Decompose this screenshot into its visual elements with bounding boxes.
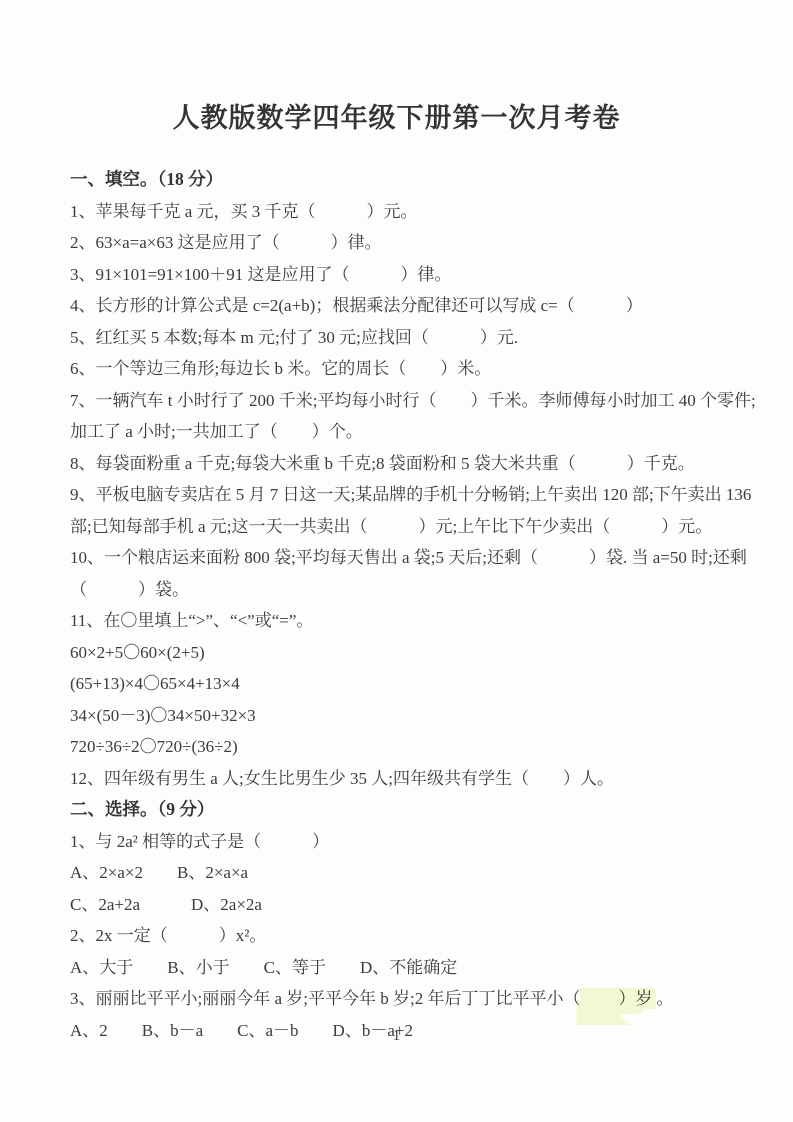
question-line-7: 7、一辆汽车 t 小时行了 200 千米;平均每小时行（ ）千米。李师傅每小时加… — [70, 385, 753, 417]
question-line-6: 6、一个等边三角形;每边长 b 米。它的周长（ ）米。 — [70, 353, 753, 385]
exam-content: 一、填空。（18 分） 1、苹果每千克 a 元，买 3 千克（ ）元。 2、63… — [70, 164, 753, 1046]
question-line-3: 3、91×101=91×100＋91 这是应用了（ ）律。 — [70, 259, 753, 291]
question-3-text: 3、丽丽比平平小;丽丽今年 a 岁;平平今年 b 岁;2 年后丁丁比平平小（ — [70, 989, 580, 1008]
section2-heading: 二、选择。（9 分） — [70, 794, 753, 826]
section1-heading: 一、填空。（18 分） — [70, 164, 753, 196]
question-line-10: 10、一个粮店运来面粉 800 袋;平均每天售出 a 袋;5 天后;还剩（ ）袋… — [70, 542, 753, 574]
compare-expression-4: 720÷36÷2〇720÷(36÷2) — [70, 731, 753, 763]
exam-paper-page: 人教版数学四年级下册第一次月考卷 一、填空。（18 分） 1、苹果每千克 a 元… — [0, 0, 793, 1122]
question-line-4: 4、长方形的计算公式是 c=2(a+b)；根据乘法分配律还可以写成 c=（ ） — [70, 290, 753, 322]
choice-question-1: 1、与 2a² 相等的式子是（ ） — [70, 826, 753, 858]
choice-question-2: 2、2x 一定（ ）x²。 — [70, 920, 753, 952]
question-line-9: 9、平板电脑专卖店在 5 月 7 日这一天;某品牌的手机十分畅销;上午卖出 12… — [70, 479, 753, 511]
compare-expression-1: 60×2+5〇60×(2+5) — [70, 637, 753, 669]
question-line-8: 8、每袋面粉重 a 千克;每袋大米重 b 千克;8 袋面粉和 5 袋大米共重（ … — [70, 448, 753, 480]
compare-expression-3: 34×(50－3)〇34×50+32×3 — [70, 700, 753, 732]
choice-question-3: 3、丽丽比平平小;丽丽今年 a 岁;平平今年 b 岁;2 年后丁丁比平平小（ ）… — [70, 983, 753, 1015]
page-number: 1 — [0, 1026, 793, 1046]
question-line-11: 11、在〇里填上“>”、“<”或“=”。 — [70, 605, 753, 637]
choice-options-2: A、大于 B、小于 C、等于 D、不能确定 — [70, 952, 753, 984]
question-line-1: 1、苹果每千克 a 元，买 3 千克（ ）元。 — [70, 196, 753, 228]
question-line-5: 5、红红买 5 本数;每本 m 元;付了 30 元;应找回（ ）元. — [70, 322, 753, 354]
choice-options-1b: C、2a+2a D、2a×2a — [70, 889, 753, 921]
highlight-mark: ）岁 — [580, 988, 656, 1009]
question-line-7-cont: 加工了 a 小时;一共加工了（ ）个。 — [70, 416, 753, 448]
question-line-12: 12、四年级有男生 a 人;女生比男生少 35 人;四年级共有学生（ ）人。 — [70, 763, 753, 795]
question-line-2: 2、63×a=a×63 这是应用了（ ）律。 — [70, 227, 753, 259]
page-title: 人教版数学四年级下册第一次月考卷 — [0, 0, 793, 136]
question-line-10-cont: （ ）袋。 — [70, 574, 753, 606]
compare-expression-2: (65+13)×4〇65×4+13×4 — [70, 668, 753, 700]
question-line-9-cont: 部;已知每部手机 a 元;这一天一共卖出（ ）元;上午比下午少卖出（ ）元。 — [70, 511, 753, 543]
choice-options-1a: A、2×a×2 B、2×a×a — [70, 857, 753, 889]
question-3-tail: 。 — [656, 989, 673, 1008]
